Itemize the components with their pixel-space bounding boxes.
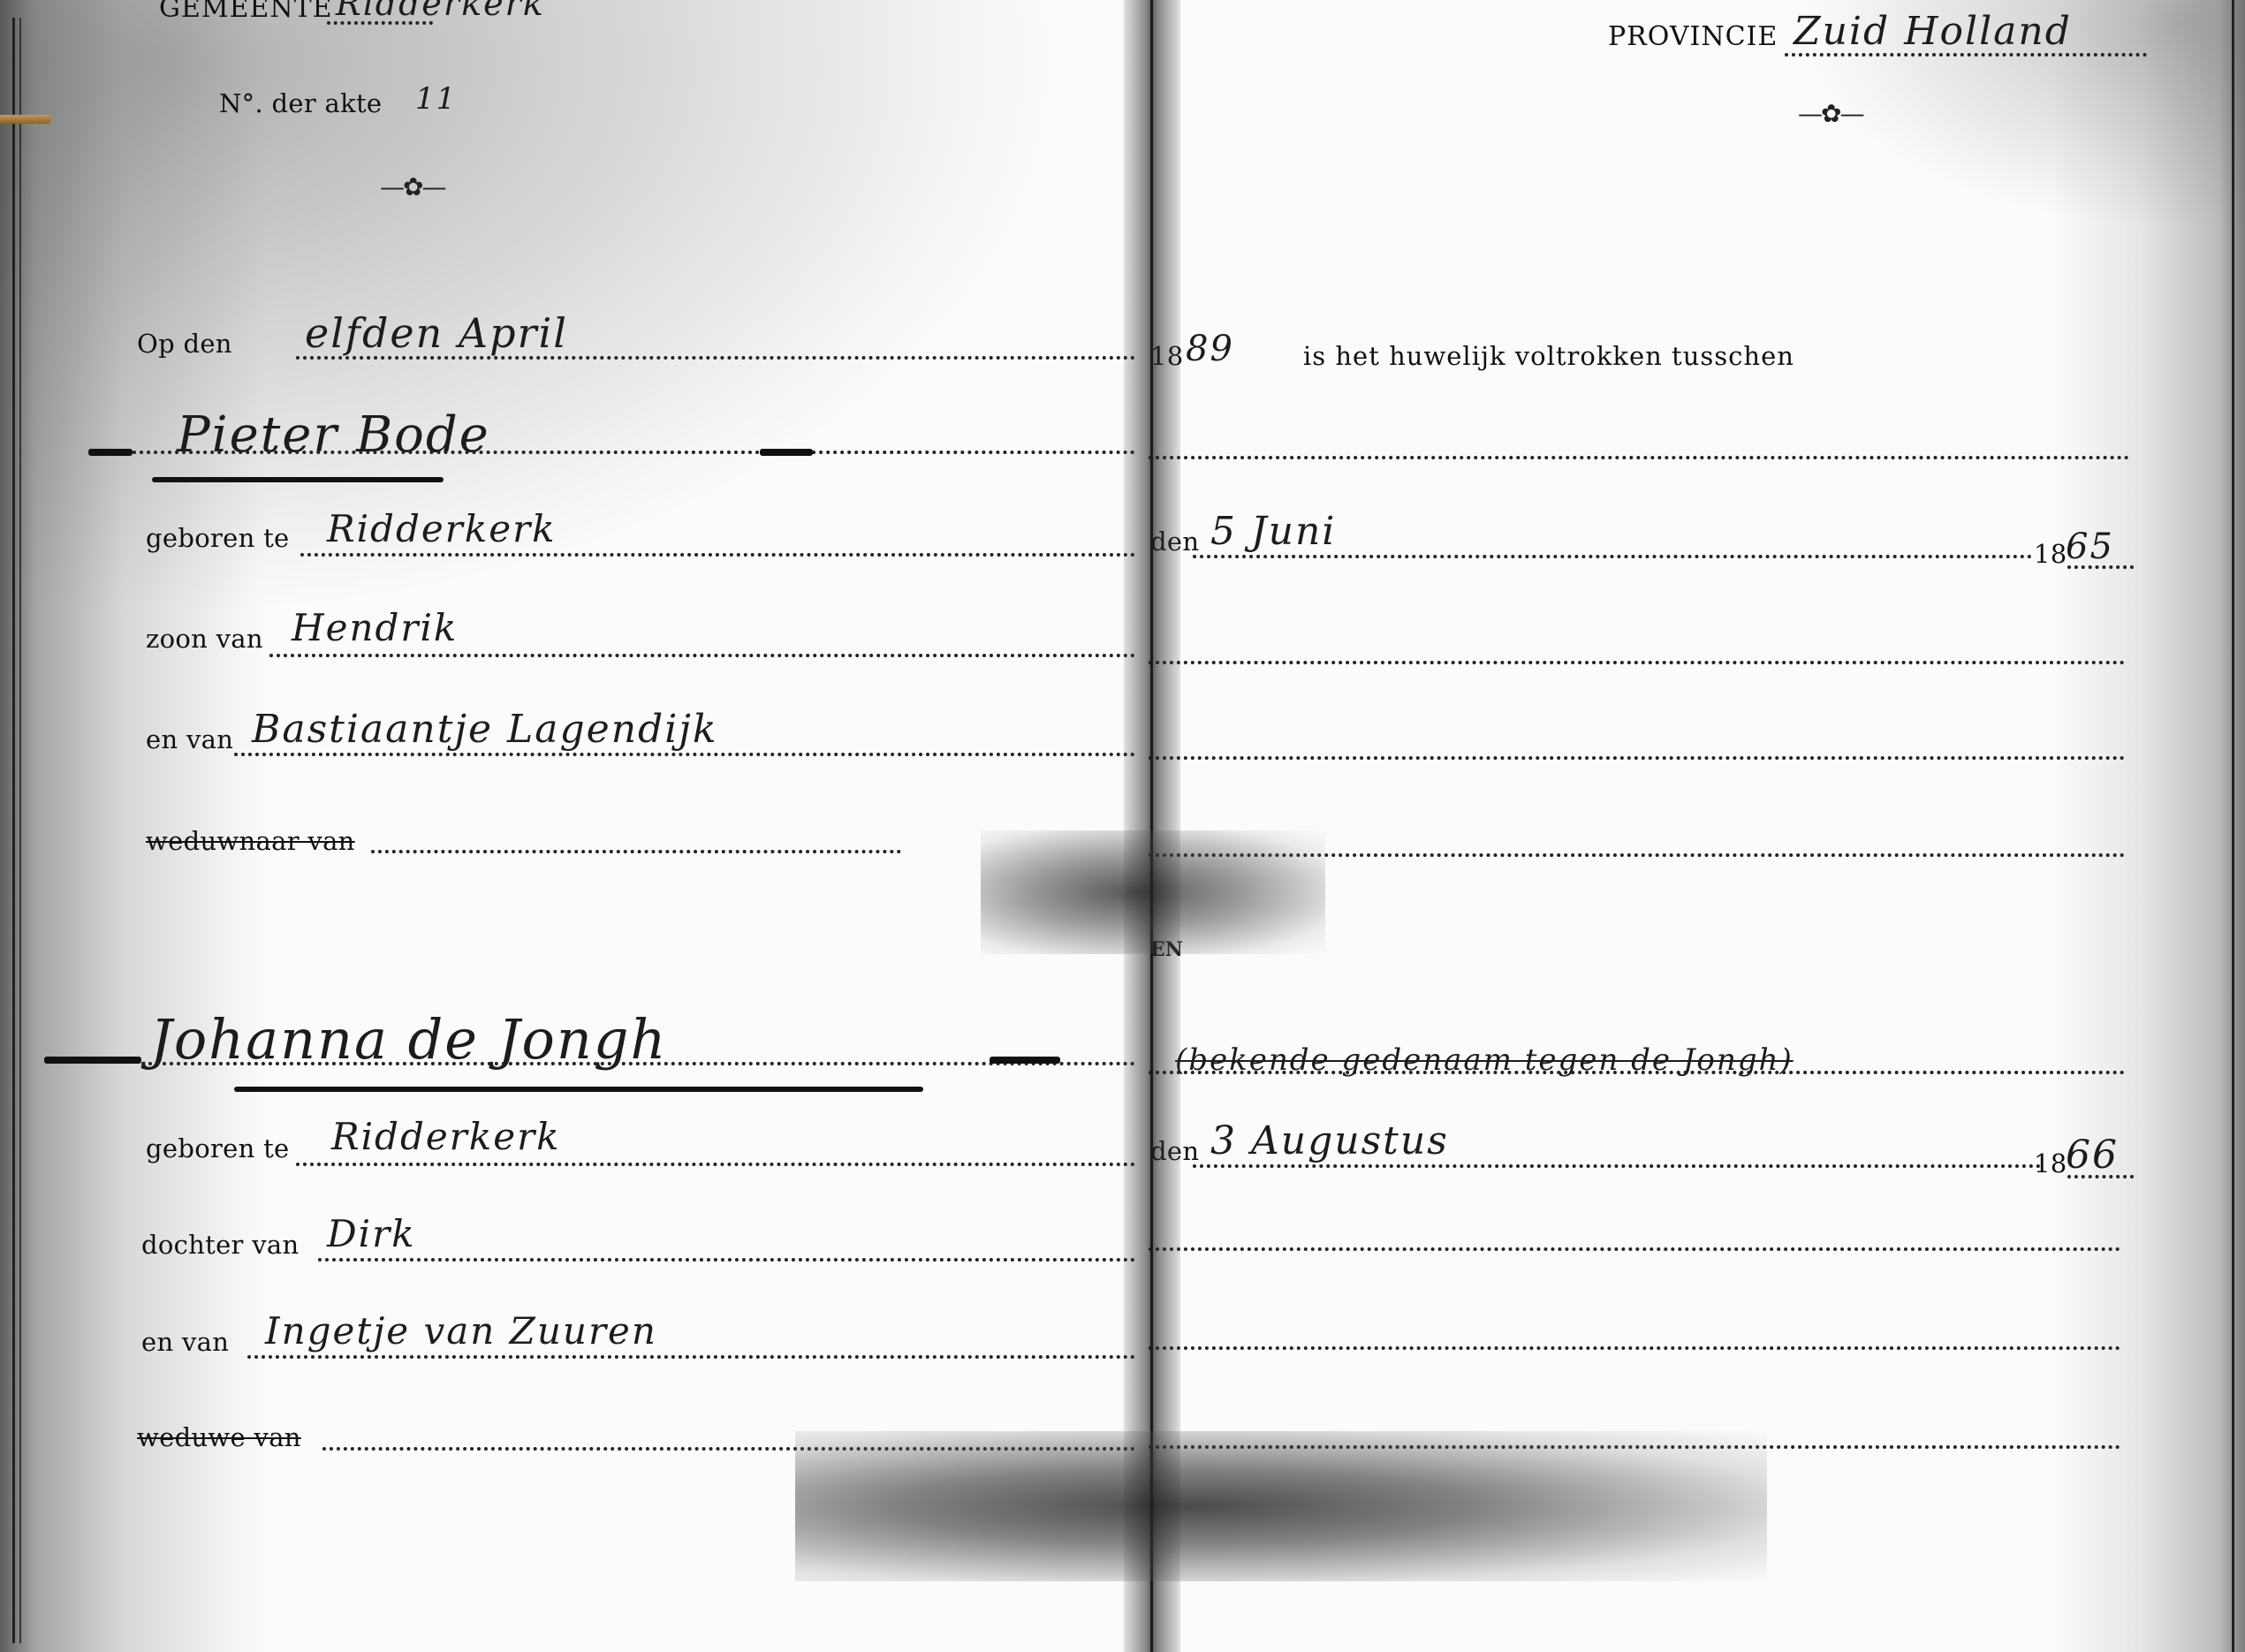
fill-line <box>133 451 1135 454</box>
bride-year-prefix: 18 <box>2034 1148 2067 1178</box>
akte-label: N°. der akte <box>219 88 382 118</box>
fill-line <box>1193 555 2032 558</box>
underline-mark <box>234 1087 923 1092</box>
widow-label: weduwe van <box>137 1422 301 1452</box>
akte-number: 11 <box>415 81 457 117</box>
underline-mark <box>152 477 444 482</box>
page-border <box>19 18 21 1643</box>
bride-birth-year: 66 <box>2066 1133 2119 1178</box>
groom-birthplace: Ridderkerk <box>327 507 557 550</box>
fill-line <box>300 553 1135 557</box>
fill-line <box>371 850 901 853</box>
groom-father: Hendrik <box>292 606 458 649</box>
groom-father-label: zoon van <box>146 624 263 654</box>
groom-birth-year: 65 <box>2066 527 2114 567</box>
groom-year-prefix: 18 <box>2034 539 2067 569</box>
bride-den-label: den <box>1150 1136 1199 1166</box>
fill-line <box>1149 1071 2125 1074</box>
groom-birth-date: 5 Juni <box>1210 509 1336 554</box>
groom-name: Pieter Bode <box>177 406 490 464</box>
conjunction-en: EN <box>1150 938 1183 961</box>
gemeente-value: Ridderkerk <box>336 0 545 23</box>
fill-line <box>1149 756 2125 760</box>
fill-line <box>296 356 1135 360</box>
fill-line <box>1149 1346 2120 1350</box>
fill-line <box>1785 53 2147 57</box>
dash-mark <box>44 1057 141 1064</box>
dash-mark <box>990 1057 1060 1064</box>
fill-line <box>141 1062 1135 1065</box>
fill-line <box>1149 853 2125 857</box>
fill-line <box>1193 1164 2041 1168</box>
op-den-label: Op den <box>137 329 232 359</box>
fill-line <box>247 1355 1135 1359</box>
fill-line <box>322 1447 1135 1451</box>
bride-birthplace: Ridderkerk <box>331 1115 561 1158</box>
fill-line <box>296 1163 1135 1166</box>
fill-line <box>234 753 1135 756</box>
groom-mother-label: en van <box>146 724 233 754</box>
fill-line <box>1149 1445 2120 1449</box>
dash-mark <box>88 449 133 456</box>
page-border <box>12 18 15 1643</box>
year-prefix: 18 <box>1150 341 1184 371</box>
marriage-year: 89 <box>1186 329 1234 369</box>
bride-birth-date: 3 Augustus <box>1210 1118 1449 1163</box>
provincie-value: Zuid Holland <box>1794 9 2072 54</box>
fill-line <box>2067 565 2134 569</box>
bride-father-label: dochter van <box>141 1230 300 1260</box>
widower-label: weduwnaar van <box>146 826 355 856</box>
gemeente-label: GEMEENTE <box>159 0 333 24</box>
bride-father: Dirk <box>327 1212 416 1255</box>
left-page: GEMEENTE Ridderkerk N°. der akte 11 —✿— … <box>0 0 1140 1652</box>
fill-line <box>1149 661 2125 664</box>
bride-mother-label: en van <box>141 1327 229 1357</box>
groom-mother: Bastiaantje Lagendijk <box>252 707 718 752</box>
bride-geboren-label: geboren te <box>146 1133 290 1163</box>
provincie-label: PROVINCIE <box>1608 21 1778 52</box>
dash-mark <box>760 449 813 456</box>
marriage-date: elfden April <box>305 309 568 357</box>
fill-line <box>269 654 1135 657</box>
scan-shadow <box>2051 0 2245 1652</box>
groom-geboren-label: geboren te <box>146 523 290 553</box>
marriage-statement: is het huwelijk voltrokken tusschen <box>1303 341 1794 371</box>
fill-line <box>318 1258 1135 1262</box>
right-page: PROVINCIE Zuid Holland —✿— 18 89 is het … <box>1140 0 2245 1652</box>
fill-line <box>1149 1247 2120 1251</box>
ornament-icon: —✿— <box>380 172 444 201</box>
bride-mother: Ingetje van Zuuren <box>265 1309 657 1353</box>
ornament-icon: —✿— <box>1798 99 1862 128</box>
staple <box>0 115 51 124</box>
fill-line <box>2067 1175 2134 1178</box>
groom-den-label: den <box>1150 527 1199 557</box>
fill-line <box>1149 456 2129 459</box>
page-border <box>2232 0 2234 1652</box>
